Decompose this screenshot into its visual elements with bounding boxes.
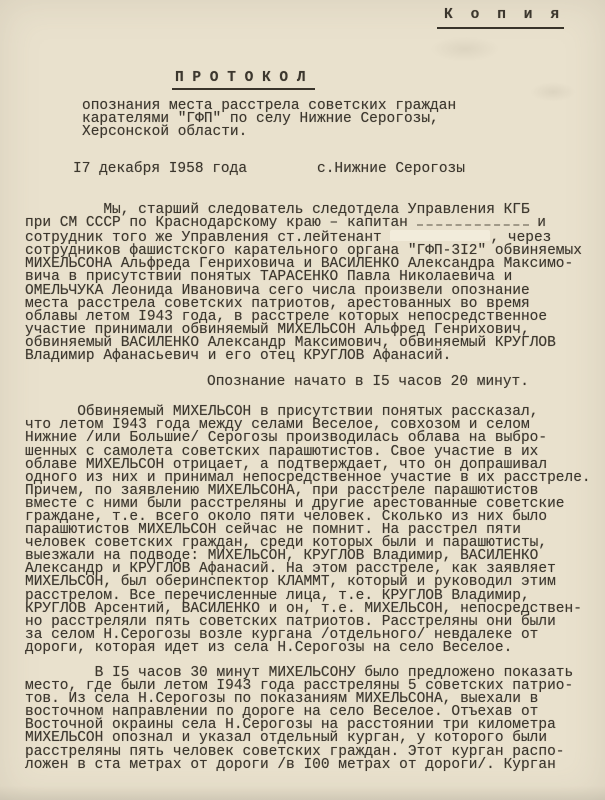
copy-label: К о п и я bbox=[437, 7, 564, 29]
document-place: с.Нижние Серогозы bbox=[317, 163, 465, 176]
scan-smudge bbox=[530, 82, 576, 102]
scan-smudge bbox=[430, 36, 500, 62]
paragraph-testimony: Обвиняемый МИХЕЛЬСОН в присутствии понят… bbox=[25, 406, 605, 655]
scanned-protocol-page: К о п и я П Р О Т О К О Л опознания мест… bbox=[0, 0, 605, 800]
intro-text-1: Мы, старший следователь следотдела Управ… bbox=[25, 202, 530, 231]
paragraph-intro: Мы, старший следователь следотдела Управ… bbox=[25, 204, 605, 363]
protocol-subtitle: опознания места расстрела советских граж… bbox=[82, 100, 456, 139]
scan-edge-shade bbox=[0, 786, 605, 800]
dateline: I7 декабря I958 годас.Нижние Серогозы bbox=[73, 163, 465, 176]
document-date: I7 декабря I958 года bbox=[73, 163, 247, 176]
document-body: Мы, старший следователь следотдела Управ… bbox=[25, 204, 605, 772]
redacted-name-blank bbox=[390, 230, 490, 241]
paragraph-identification: В I5 часов 30 минут МИХЕЛЬСОНУ было пред… bbox=[25, 667, 605, 772]
intro-text-3: , через сотрудников фашистского каратель… bbox=[25, 230, 582, 364]
start-time-note: Опознание начато в I5 часов 20 минут. bbox=[207, 376, 605, 389]
redacted-name-dashes bbox=[417, 221, 529, 226]
page-title: П Р О Т О К О Л bbox=[172, 70, 315, 90]
